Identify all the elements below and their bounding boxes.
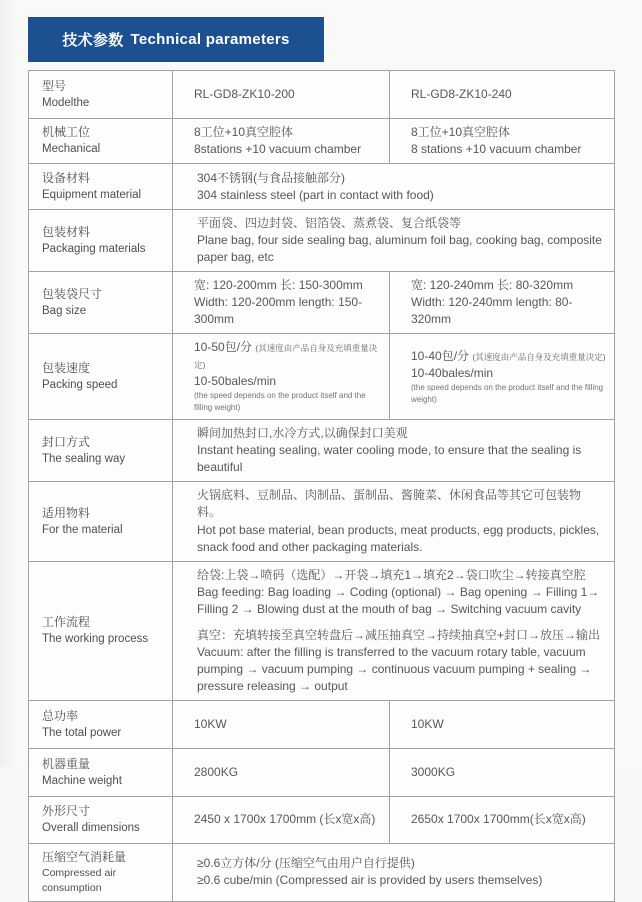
compressed-air-label: 压缩空气消耗量 Compressed air consumption [29, 843, 173, 901]
machine-weight-value-1: 2800KG [173, 748, 390, 796]
total-power-label: 总功率 The total power [29, 700, 173, 748]
table-row-model: 型号 Modelthe RL-GD8-ZK10-200 RL-GD8-ZK10-… [29, 71, 615, 119]
model-value-1: RL-GD8-ZK10-200 [173, 71, 390, 119]
table-row-mechanical: 机械工位 Mechanical 8工位+10真空腔体 8stations +10… [29, 119, 615, 164]
mechanical-value-1: 8工位+10真空腔体 8stations +10 vacuum chamber [173, 119, 390, 164]
table-row-working-process: 工作流程 The working process 给袋:上袋→喷码（选配）→开袋… [29, 561, 615, 700]
technical-parameters-table: 型号 Modelthe RL-GD8-ZK10-200 RL-GD8-ZK10-… [28, 70, 615, 902]
machine-weight-label: 机器重量 Machine weight [29, 748, 173, 796]
table-row-packaging-materials: 包装材料 Packaging materials 平面袋、四边封袋、铝箔袋、蒸煮… [29, 210, 615, 272]
sealing-way-value: 瞬间加热封口,水冷方式,以确保封口美观 Instant heating seal… [173, 420, 615, 482]
mechanical-label: 机械工位 Mechanical [29, 119, 173, 164]
section-title-banner: 技术参数 Technical parameters [28, 17, 324, 62]
table-row-equipment-material: 设备材料 Equipment material 304不锈钢(与食品接触部分) … [29, 164, 615, 210]
packaging-materials-label: 包装材料 Packaging materials [29, 210, 173, 272]
model-label: 型号 Modelthe [29, 71, 173, 119]
section-title-zh: 技术参数 [62, 29, 123, 50]
table-row-total-power: 总功率 The total power 10KW 10KW [29, 700, 615, 748]
machine-weight-value-2: 3000KG [390, 748, 615, 796]
overall-dimensions-value-2: 2650x 1700x 1700mm(长x宽x高) [390, 796, 615, 843]
working-process-label: 工作流程 The working process [29, 561, 173, 700]
equipment-material-value: 304不锈钢(与食品接触部分) 304 stainless steel (par… [173, 164, 615, 210]
for-the-material-value: 火锅底料、豆制品、肉制品、蛋制品、酱腌菜、休闲食品等其它可包装物料。 Hot p… [173, 482, 615, 561]
table-row-packing-speed: 包装速度 Packing speed 10-50包/分 (其速度由产品自身及充填… [29, 334, 615, 420]
bag-size-label: 包装袋尺寸 Bag size [29, 272, 173, 334]
mechanical-value-2: 8工位+10真空腔体 8 stations +10 vacuum chamber [390, 119, 615, 164]
equipment-material-label: 设备材料 Equipment material [29, 164, 173, 210]
packing-speed-label: 包装速度 Packing speed [29, 334, 173, 420]
total-power-value-1: 10KW [173, 700, 390, 748]
table-row-overall-dimensions: 外形尺寸 Overall dimensions 2450 x 1700x 170… [29, 796, 615, 843]
for-the-material-label: 适用物料 For the material [29, 482, 173, 561]
packaging-materials-value: 平面袋、四边封袋、铝箔袋、蒸煮袋、复合纸袋等 Plane bag, four s… [173, 210, 615, 272]
table-row-compressed-air: 压缩空气消耗量 Compressed air consumption ≥0.6立… [29, 843, 615, 901]
bag-size-value-1: 宽: 120-200mm 长: 150-300mm Width: 120-200… [173, 272, 390, 334]
model-value-2: RL-GD8-ZK10-240 [390, 71, 615, 119]
working-process-value: 给袋:上袋→喷码（选配）→开袋→填充1→填充2→袋口吹尘→转接真空腔 Bag f… [173, 561, 615, 700]
compressed-air-value: ≥0.6立方体/分 (压缩空气由用户自行提供) ≥0.6 cube/min (C… [173, 843, 615, 901]
overall-dimensions-label: 外形尺寸 Overall dimensions [29, 796, 173, 843]
sealing-way-label: 封口方式 The sealing way [29, 420, 173, 482]
section-title-en: Technical parameters [131, 31, 290, 48]
total-power-value-2: 10KW [390, 700, 615, 748]
bag-size-value-2: 宽: 120-240mm 长: 80-320mm Width: 120-240m… [390, 272, 615, 334]
table-row-for-the-material: 适用物料 For the material 火锅底料、豆制品、肉制品、蛋制品、酱… [29, 482, 615, 561]
table-row-sealing-way: 封口方式 The sealing way 瞬间加热封口,水冷方式,以确保封口美观… [29, 420, 615, 482]
table-row-machine-weight: 机器重量 Machine weight 2800KG 3000KG [29, 748, 615, 796]
table-row-bag-size: 包装袋尺寸 Bag size 宽: 120-200mm 长: 150-300mm… [29, 272, 615, 334]
packing-speed-value-1: 10-50包/分 (其速度由产品自身及充填重量决定) 10-50bales/mi… [173, 334, 390, 420]
overall-dimensions-value-1: 2450 x 1700x 1700mm (长x宽x高) [173, 796, 390, 843]
packing-speed-value-2: 10-40包/分 (其速度由产品自身及充填重量决定) 10-40bales/mi… [390, 334, 615, 420]
